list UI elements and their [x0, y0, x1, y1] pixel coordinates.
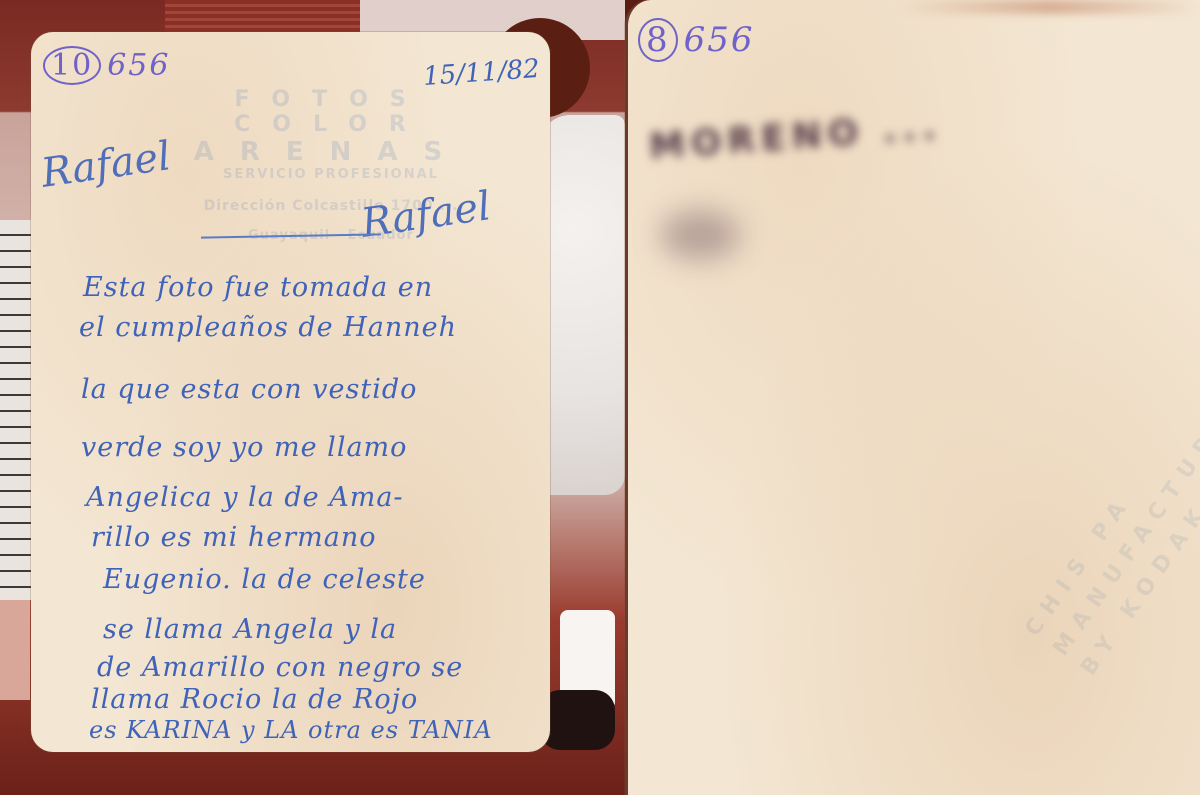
paper-stain — [900, 0, 1200, 14]
date: 15/11/82 — [422, 54, 541, 92]
lot-number: 10656 — [43, 46, 170, 85]
note-line: de Amarillo con negro se — [97, 652, 463, 683]
stamp-line-3: SERVICIO PROFESIONAL — [151, 167, 511, 182]
lot-circle-number: 10 — [43, 46, 101, 85]
background-window-shutter — [165, 0, 365, 35]
ink-smudge — [660, 210, 740, 260]
right-lot-number: 8656 — [638, 18, 755, 62]
note-line: es KARINA y LA otra es TANIA — [89, 716, 493, 744]
stamp-line-1: FOTOS COLOR — [151, 87, 511, 137]
background-striped-dress — [0, 220, 35, 600]
background-girl-shoe — [540, 690, 615, 750]
note-line: el cumpleaños de Hanneh — [79, 312, 457, 343]
note-line: verde soy yo me llamo — [81, 432, 407, 463]
stamp-line-2: ARENAS — [151, 137, 511, 167]
note-line: Eugenio. la de celeste — [103, 564, 426, 595]
background-girl-dress — [540, 115, 625, 495]
right-lot-main-number: 656 — [684, 20, 755, 60]
left-photo-back: FOTOS COLOR ARENAS SERVICIO PROFESIONAL … — [31, 32, 550, 752]
background-arm — [0, 600, 30, 700]
note-line: Angelica y la de Ama- — [86, 482, 404, 513]
note-line: la que esta con vestido — [81, 374, 417, 405]
right-lot-circle-number: 8 — [638, 18, 678, 62]
note-line: se llama Angela y la — [103, 614, 397, 645]
lot-main-number: 656 — [107, 48, 170, 83]
note-line: rillo es mi hermano — [91, 522, 377, 553]
note-line: llama Rocio la de Rojo — [91, 684, 418, 715]
note-line: Esta foto fue tomada en — [83, 272, 433, 303]
